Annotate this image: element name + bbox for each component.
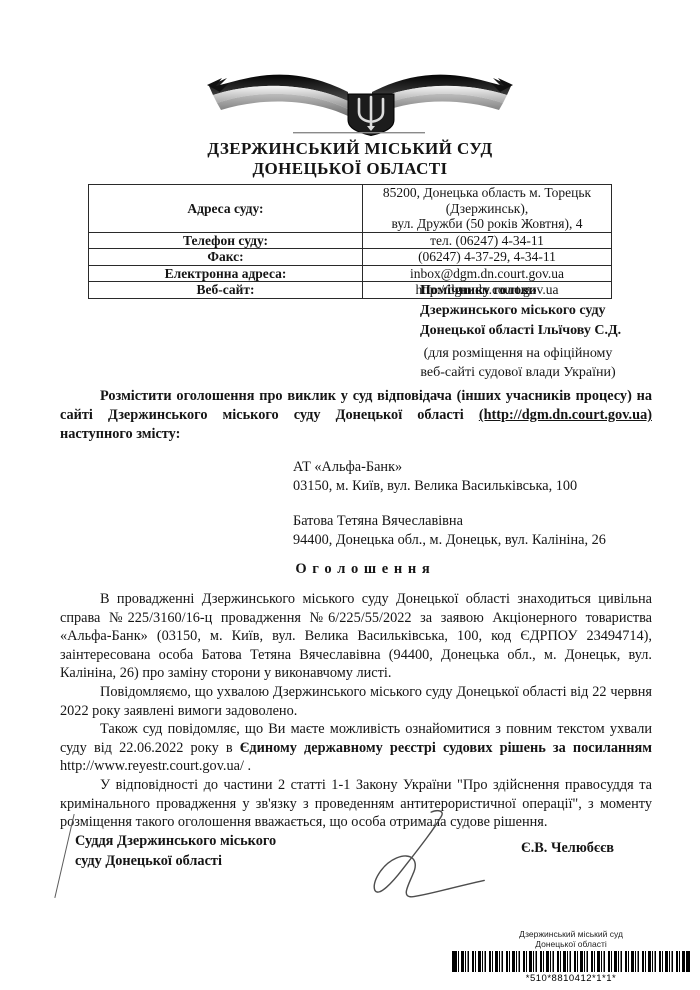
contact-value: 85200, Донецька область м. Торецьк (Дзер…	[363, 185, 612, 233]
contact-value: (06247) 4-37-29, 4-34-11	[363, 249, 612, 266]
contact-label: Факс:	[89, 249, 363, 266]
signature-icon	[348, 806, 498, 908]
court-site-link: (http://dgm.dn.court.gov.ua)	[479, 407, 652, 423]
addressee-note-line: (для розміщення на офіційному	[398, 345, 638, 364]
addressee-line: Дзержинського міського суду	[420, 301, 621, 321]
party2-name: Батова Тетяна Вячеславівна	[293, 512, 606, 531]
contact-label: Електронна адреса:	[89, 265, 363, 282]
handwritten-signature	[348, 806, 498, 908]
announcement-body: В провадженні Дзержинського міського суд…	[60, 590, 652, 832]
parties-block: АТ «Альфа-Банк» 03150, м. Київ, вул. Вел…	[293, 458, 606, 549]
addressee-block: Помічнику голови Дзержинського міського …	[420, 281, 621, 341]
announcement-heading: О г о л о ш е н н я	[0, 561, 700, 578]
contact-label: Адреса суду:	[89, 185, 363, 233]
registry-url: http://www.reyestr.court.gov.ua/ .	[60, 758, 251, 774]
judge-title-line1: Суддя Дзержинського міського	[75, 831, 276, 851]
table-row: Телефон суду: тел. (06247) 4-34-11	[89, 232, 612, 249]
addressee-line: Помічнику голови	[420, 281, 621, 301]
court-emblem	[207, 58, 513, 136]
table-row: Факс: (06247) 4-37-29, 4-34-11	[89, 249, 612, 266]
court-name-heading: ДЗЕРЖИНСЬКИЙ МІСЬКИЙ СУД ДОНЕЦЬКОЇ ОБЛАС…	[0, 139, 700, 179]
court-name-line2: ДОНЕЦЬКОЇ ОБЛАСТІ	[0, 159, 700, 179]
addressee-note: (для розміщення на офіційному веб-сайті …	[398, 345, 638, 382]
trident-wings-icon	[207, 58, 513, 136]
judge-title: Суддя Дзержинського міського суду Донець…	[75, 831, 276, 871]
announcement-paragraph-1: В провадженні Дзержинського міського суд…	[60, 590, 652, 683]
barcode-icon	[452, 951, 690, 972]
contact-label: Телефон суду:	[89, 232, 363, 249]
order-text: наступного змісту:	[60, 426, 180, 442]
barcode-value: *510*8810412*1*1*	[452, 973, 690, 984]
addressee-line: Донецької області Ільїчову С.Д.	[420, 321, 621, 341]
party1-name: АТ «Альфа-Банк»	[293, 458, 606, 477]
contact-value: inbox@dgm.dn.court.gov.ua	[363, 265, 612, 282]
table-row: Адреса суду: 85200, Донецька область м. …	[89, 185, 612, 233]
stamp-court-line1: Дзержинський міський суд	[452, 929, 690, 939]
judge-title-line2: суду Донецької області	[75, 851, 276, 871]
registration-stamp: Дзержинський міський суд Донецької облас…	[452, 929, 690, 984]
party1-address: 03150, м. Київ, вул. Велика Васильківськ…	[293, 477, 606, 496]
scanned-court-letter: ДЗЕРЖИНСЬКИЙ МІСЬКИЙ СУД ДОНЕЦЬКОЇ ОБЛАС…	[0, 0, 700, 990]
stamp-court-line2: Донецької області	[452, 939, 690, 949]
registry-bold-text: Єдиному державному реєстрі судових рішен…	[240, 740, 652, 756]
contact-label: Веб-сайт:	[89, 282, 363, 299]
addressee-note-line: веб-сайті судової влади України)	[398, 364, 638, 383]
order-paragraph: Розмістити оголошення про виклик у суд в…	[60, 387, 652, 445]
announcement-paragraph-3: Також суд повідомляє, що Ви маєте можлив…	[60, 720, 652, 776]
court-name-line1: ДЗЕРЖИНСЬКИЙ МІСЬКИЙ СУД	[0, 139, 700, 159]
party2-address: 94400, Донецька обл., м. Донецьк, вул. К…	[293, 531, 606, 550]
announcement-paragraph-2: Повідомляємо, що ухвалою Дзержинського м…	[60, 683, 652, 720]
judge-name: Є.В. Челюбєєв	[521, 840, 614, 857]
contact-value: тел. (06247) 4-34-11	[363, 232, 612, 249]
table-row: Електронна адреса: inbox@dgm.dn.court.go…	[89, 265, 612, 282]
